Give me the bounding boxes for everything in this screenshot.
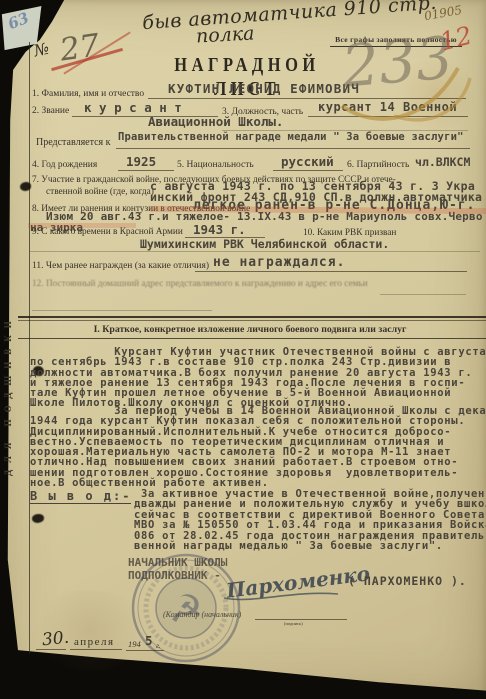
- form-line: [255, 619, 347, 620]
- field1-value: КУФТИН ЛЕОНИД ЕФИМОВИЧ: [168, 81, 360, 96]
- field3-value-line2: Авиационной Школы.: [148, 114, 283, 129]
- margin-vertical-text: ДЛЯ ПОДШИВКИ: [3, 238, 13, 476]
- field6-label: 6. Партийность: [347, 160, 409, 170]
- field9-label: 9. С какого времени в Красной Армии: [32, 227, 183, 237]
- signer-typed-name: ( ПАРХОМЕНКО ).: [348, 574, 467, 588]
- field5-label: 5. Национальность: [177, 160, 254, 170]
- punch-hole: [20, 182, 31, 191]
- form-line: [32, 310, 212, 311]
- field11-label: 11. Чем ранее награжден (за какие отличи…: [32, 261, 209, 271]
- round-stamp: ☭: [128, 550, 244, 666]
- form-line: [36, 649, 66, 650]
- date-month: апреля: [74, 636, 115, 648]
- signature-caption-small: (подпись): [284, 621, 303, 626]
- signature-caption: (Командир (начальник): [163, 610, 241, 619]
- present-value: Правительственной награде медали " За бо…: [118, 131, 464, 143]
- form-line: [116, 148, 470, 149]
- stamp-emblem-hammer-sickle: ☭: [169, 587, 203, 631]
- date-year-printed: 194: [128, 639, 141, 649]
- form-line: [195, 271, 467, 272]
- signature-flourish: [222, 588, 342, 604]
- field2-label: 2. Звание: [32, 106, 69, 116]
- body-paragraph-1: Курсант Куфтин участник Отечественной во…: [30, 347, 486, 409]
- field5-value: русский: [281, 154, 334, 169]
- field1-label: 1. Фамилия, имя и отчество: [32, 89, 144, 99]
- date-day: 30.: [41, 628, 70, 651]
- section-header: I. Краткое, конкретное изложение личного…: [40, 324, 460, 335]
- form-line: [118, 170, 174, 171]
- field2-value: к у р с а н т: [84, 100, 182, 115]
- form-line: [380, 294, 466, 295]
- field11-value: не награждался.: [213, 255, 345, 270]
- field6-value: чл.ВЛКСМ: [415, 155, 470, 169]
- separator-line: [18, 338, 486, 339]
- conclusion-text: За активное участие в Отечественной войн…: [134, 489, 486, 551]
- separator-line-thin: [18, 320, 486, 321]
- field7-label-line2: ственной войне (где, когда): [46, 187, 154, 197]
- date-year-digit: 5: [145, 633, 153, 648]
- body-paragraph-2: За период учебы в 14 Военной Авиационной…: [30, 406, 486, 488]
- date-year-suffix: г.: [156, 641, 161, 650]
- form-line: [70, 649, 122, 650]
- field12-label: 12. Постоянный домашний адрес представля…: [32, 279, 477, 289]
- field4-label: 4. Год рождения: [32, 160, 97, 170]
- present-label: Представляется к: [36, 137, 111, 148]
- separator-line-thick: [18, 316, 486, 318]
- field10-value: Шумихинским РВК Челябинской области.: [140, 237, 389, 251]
- form-line: [30, 251, 480, 252]
- form-line: [273, 170, 343, 171]
- conclusion-label: В ы в о д:-: [30, 489, 131, 504]
- top-handwritten-note-line2: полка: [195, 22, 255, 47]
- form-line: [126, 650, 164, 651]
- field9-value: 1943 г.: [193, 222, 246, 237]
- field4-value: 1925: [126, 154, 156, 169]
